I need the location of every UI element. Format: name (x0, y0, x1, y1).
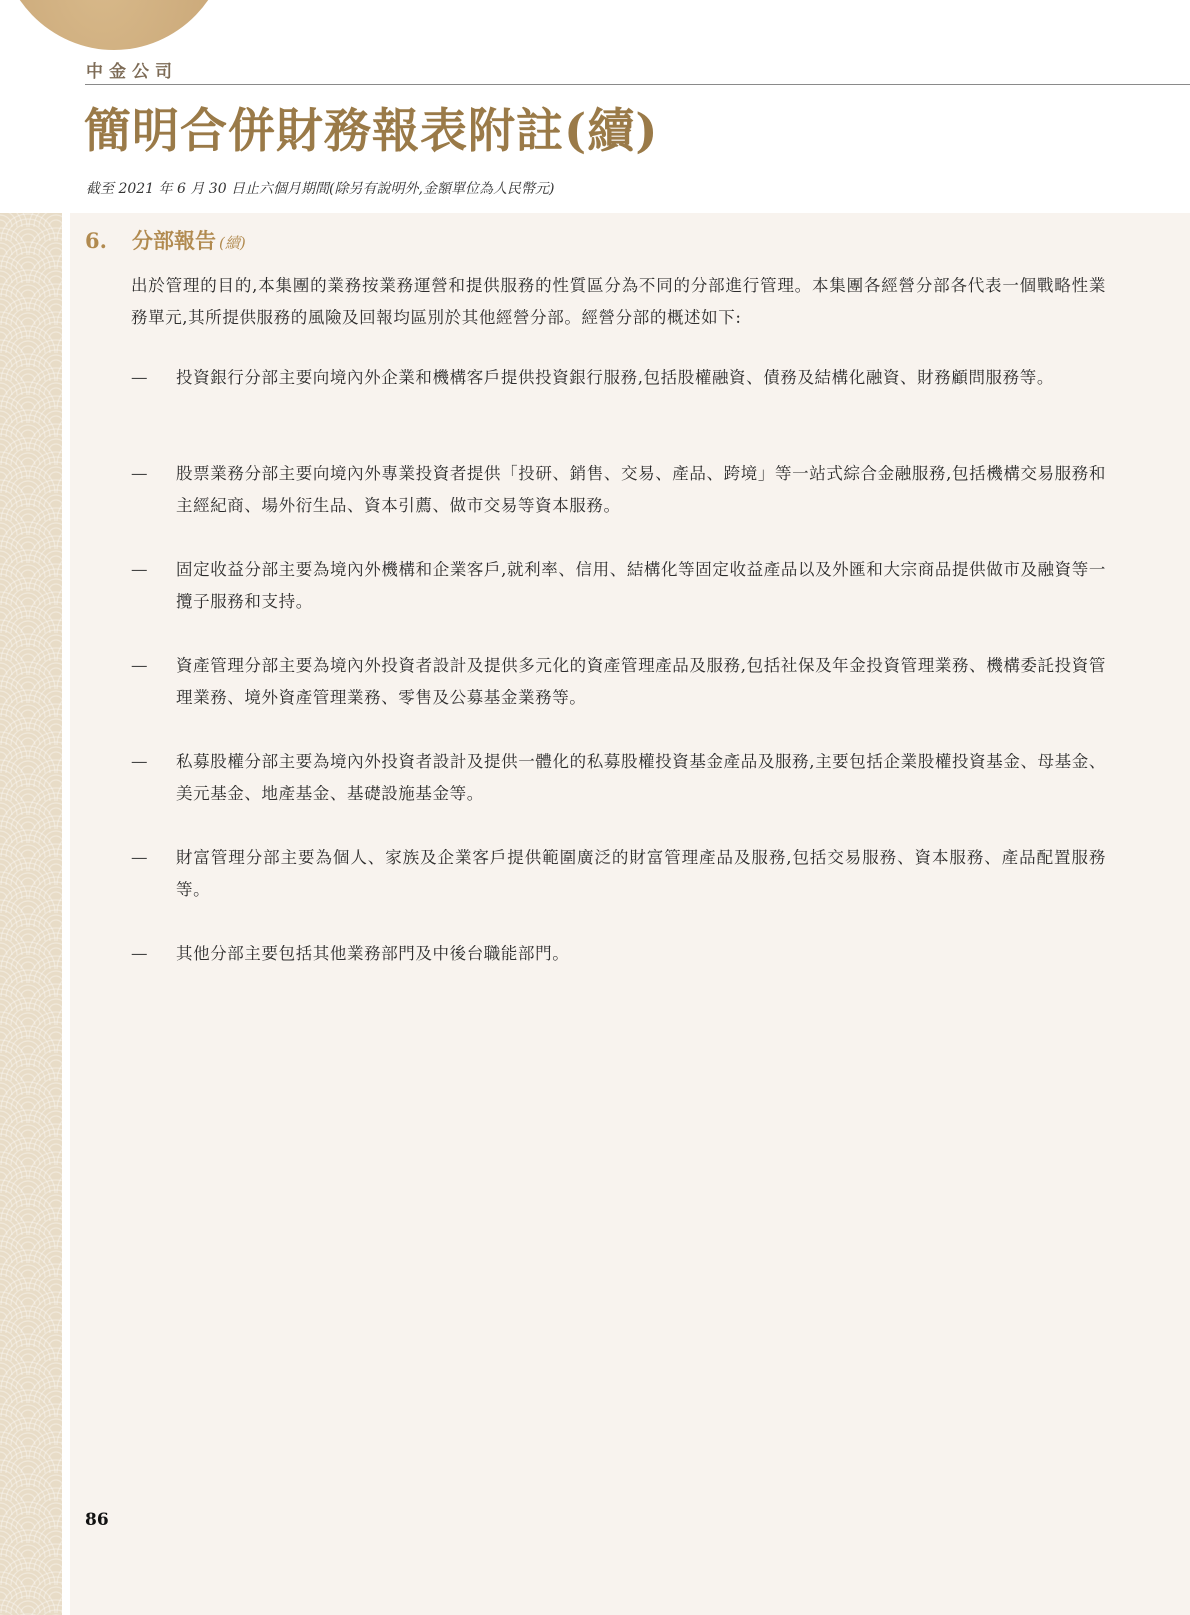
decorative-wave-pattern (0, 213, 62, 1615)
section-continued-label: (續) (219, 234, 246, 252)
dash-bullet-icon: — (131, 650, 151, 682)
page-subtitle: 截至 2021 年 6 月 30 日止六個月期間(除另有說明外,金額單位為人民幣… (86, 178, 554, 198)
header-divider (85, 84, 1190, 85)
section-number: 6. (85, 228, 132, 253)
page-title: 簡明合併財務報表附註(續) (84, 106, 658, 158)
list-item-text: 資產管理分部主要為境內外投資者設計及提供多元化的資產管理產品及服務,包括社保及年… (176, 650, 1106, 714)
section-heading: 6.分部報告(續) (85, 225, 246, 255)
dash-bullet-icon: — (131, 746, 151, 778)
list-item-text: 股票業務分部主要向境內外專業投資者提供「投研、銷售、交易、產品、跨境」等一站式綜… (176, 458, 1106, 522)
list-item-text: 投資銀行分部主要向境內外企業和機構客戶提供投資銀行服務,包括股權融資、債務及結構… (176, 362, 1106, 394)
list-item-equities: — 股票業務分部主要向境內外專業投資者提供「投研、銷售、交易、產品、跨境」等一站… (131, 458, 1106, 522)
decorative-gold-circle (0, 0, 230, 50)
list-item-text: 固定收益分部主要為境內外機構和企業客戶,就利率、信用、結構化等固定收益產品以及外… (176, 554, 1106, 618)
list-item-investment-banking: — 投資銀行分部主要向境內外企業和機構客戶提供投資銀行服務,包括股權融資、債務及… (131, 362, 1106, 394)
list-item-text: 其他分部主要包括其他業務部門及中後台職能部門。 (176, 938, 1106, 970)
list-item-wealth-management: — 財富管理分部主要為個人、家族及企業客戶提供範圍廣泛的財富管理產品及服務,包括… (131, 842, 1106, 906)
list-item-text: 私募股權分部主要為境內外投資者設計及提供一體化的私募股權投資基金產品及服務,主要… (176, 746, 1106, 810)
section-title: 分部報告 (132, 228, 216, 253)
list-item-asset-management: — 資產管理分部主要為境內外投資者設計及提供多元化的資產管理產品及服務,包括社保… (131, 650, 1106, 714)
dash-bullet-icon: — (131, 458, 151, 490)
dash-bullet-icon: — (131, 842, 151, 874)
section-intro-paragraph: 出於管理的目的,本集團的業務按業務運營和提供服務的性質區分為不同的分部進行管理。… (131, 270, 1106, 334)
list-item-text: 財富管理分部主要為個人、家族及企業客戶提供範圍廣泛的財富管理產品及服務,包括交易… (176, 842, 1106, 906)
list-item-others: — 其他分部主要包括其他業務部門及中後台職能部門。 (131, 938, 1106, 970)
list-item-private-equity: — 私募股權分部主要為境內外投資者設計及提供一體化的私募股權投資基金產品及服務,… (131, 746, 1106, 810)
content-panel (70, 213, 1190, 1615)
company-name: 中金公司 (86, 57, 178, 82)
dash-bullet-icon: — (131, 938, 151, 970)
page-number: 86 (85, 1510, 109, 1530)
dash-bullet-icon: — (131, 362, 151, 394)
dash-bullet-icon: — (131, 554, 151, 586)
list-item-fixed-income: — 固定收益分部主要為境內外機構和企業客戶,就利率、信用、結構化等固定收益產品以… (131, 554, 1106, 618)
